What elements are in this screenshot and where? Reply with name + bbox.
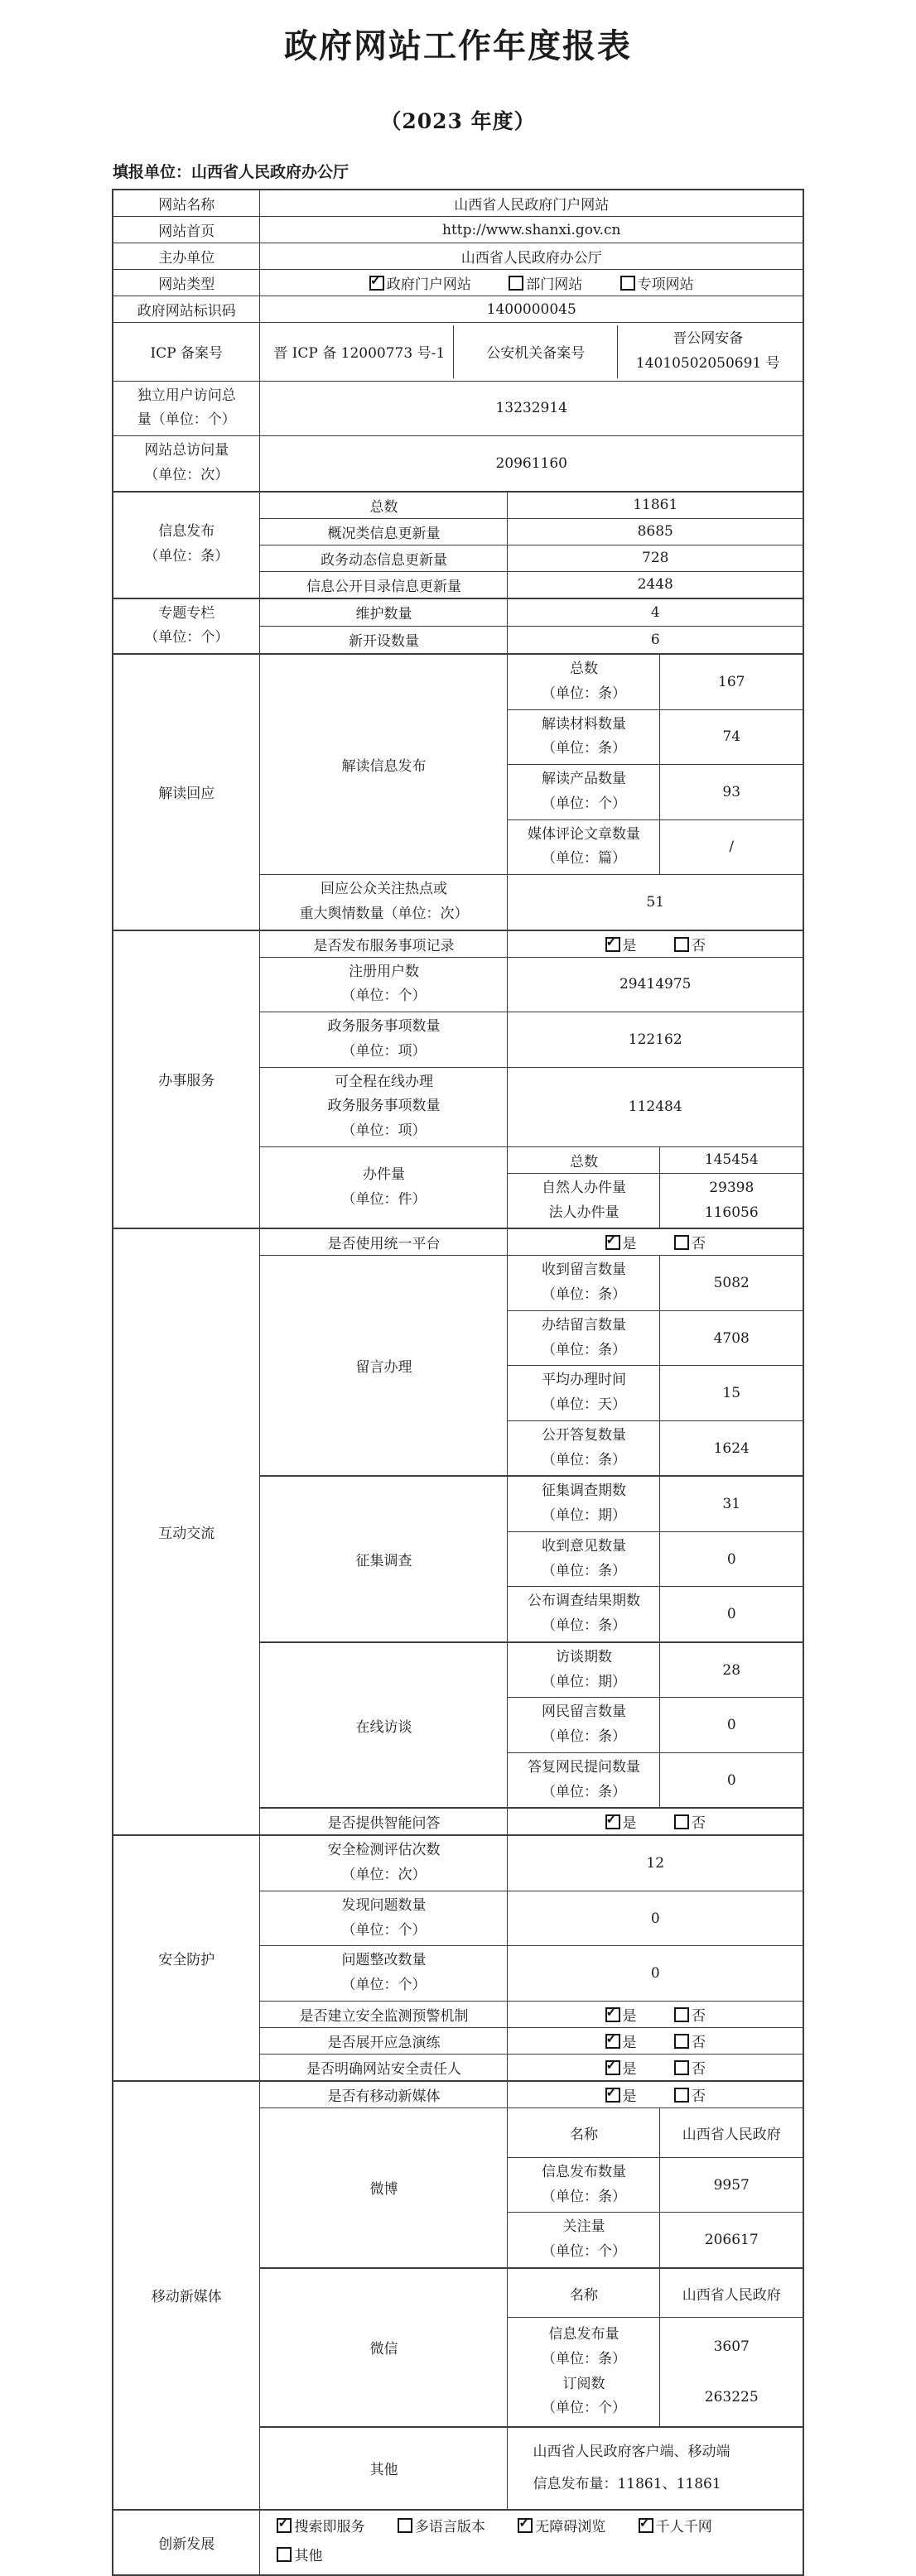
label-cell: 名称 — [508, 2107, 660, 2157]
option-yes: 是 — [605, 2031, 637, 2051]
yes-no-cell: 是 否 — [508, 2027, 803, 2054]
section-security: 安全防护 — [113, 1835, 260, 2081]
label-cell: 征集调查期数 （单位：期） — [508, 1476, 660, 1531]
option-multilingual: 多语言版本 — [398, 2513, 485, 2543]
organizer-value: 山西省人民政府办公厅 — [260, 243, 803, 270]
checkbox-icon — [639, 2518, 653, 2533]
option-yes: 是 — [605, 2084, 637, 2105]
site-code-label: 政府网站标识码 — [113, 296, 260, 323]
option-label: 是 — [623, 2088, 637, 2105]
label-cell: 新开设数量 — [260, 626, 508, 654]
option-no: 否 — [674, 1811, 706, 1832]
value-cell: 29414975 — [508, 957, 803, 1012]
value-cell: 15 — [660, 1366, 803, 1421]
label-cell: 办结留言数量 （单位：条） — [508, 1310, 660, 1366]
label-cell: 是否提供智能问答 — [260, 1808, 508, 1835]
icp-row: 晋 ICP 备 12000773 号-1 公安机关备案号 晋公网安备 14010… — [260, 323, 803, 382]
checkbox-icon — [518, 2518, 533, 2533]
option-label: 否 — [692, 2008, 706, 2025]
option-label: 是 — [623, 938, 637, 954]
label-cell: 答复网民提问数量 （单位：条） — [508, 1752, 660, 1808]
value-cell: 11861 — [508, 492, 803, 519]
option-label: 是 — [623, 2061, 637, 2078]
yes-no-cell: 是 否 — [508, 1228, 803, 1256]
value-cell: 122162 — [508, 1012, 803, 1068]
label-cell: 是否使用统一平台 — [260, 1228, 508, 1256]
wechat-sub-value: 263225 — [705, 2389, 759, 2405]
value-cell: 206617 — [660, 2213, 803, 2268]
yes-no-cell: 是 否 — [508, 2081, 803, 2108]
value-cell: 0 — [660, 1587, 803, 1642]
label-cell: 维护数量 — [260, 598, 508, 627]
option-label: 无障碍浏览 — [535, 2519, 605, 2535]
label-cell: 解读产品数量 （单位：个） — [508, 765, 660, 820]
value-cell: 12 — [508, 1835, 803, 1891]
value-cell: 74 — [660, 709, 803, 765]
total-visits-label: 网站总访问量 （单位：次） — [113, 436, 260, 492]
wechat-combo-values: 3607 263225 — [660, 2318, 803, 2427]
label-cell: 关注量 （单位：个） — [508, 2213, 660, 2268]
option-label: 是 — [623, 2035, 637, 2051]
value-cell: 8685 — [508, 518, 803, 545]
label-cell: 可全程在线办理 政务服务事项数量 （单位：项） — [260, 1067, 508, 1146]
police-record-value: 晋公网安备 14010502050691 号 — [617, 325, 798, 378]
checkbox-icon — [398, 2518, 412, 2533]
site-name-value: 山西省人民政府门户网站 — [260, 190, 803, 217]
wechat-pub-value: 3607 — [714, 2338, 750, 2355]
label-cell: 是否发布服务事项记录 — [260, 930, 508, 958]
option-yes: 是 — [605, 2004, 637, 2025]
value-cell: 0 — [508, 1891, 803, 1946]
option-other: 其他 — [277, 2542, 322, 2572]
checkbox-icon — [620, 276, 635, 291]
interview-group-label: 在线访谈 — [260, 1642, 508, 1809]
site-type-label: 网站类型 — [113, 270, 260, 296]
checkbox-icon — [369, 276, 384, 291]
label-cell: 安全检测评估次数 （单位：次） — [260, 1835, 508, 1891]
label-cell: 是否有移动新媒体 — [260, 2081, 508, 2108]
unique-visitors-label: 独立用户访问总 量（单位：个） — [113, 381, 260, 436]
value-cell: / — [660, 819, 803, 875]
label-cell: 收到意见数量 （单位：条） — [508, 1531, 660, 1587]
value-cell: 167 — [660, 654, 803, 709]
option-search-service: 搜索即服务 — [277, 2513, 364, 2543]
option-no: 否 — [674, 1232, 706, 1252]
checkbox-icon — [674, 2034, 689, 2049]
section-innovation: 创新发展 — [113, 2510, 260, 2575]
option-label: 搜索即服务 — [294, 2519, 364, 2535]
option-yes: 是 — [605, 1232, 637, 1252]
value-cell: 0 — [660, 1752, 803, 1808]
checkbox-icon — [277, 2518, 292, 2533]
total-visits-value: 20961160 — [260, 436, 803, 492]
option-no: 否 — [674, 2031, 706, 2051]
value-cell: 0 — [660, 1531, 803, 1587]
option-department: 部门网站 — [509, 272, 582, 293]
police-record-label: 公安机关备案号 — [453, 325, 618, 378]
label-cell: 收到留言数量 （单位：条） — [508, 1256, 660, 1311]
report-sheet: 政府网站工作年度报表 （2023 年度） 填报单位：山西省人民政府办公厅 网站名… — [0, 0, 916, 2576]
option-label: 是 — [623, 1815, 637, 1832]
survey-group-label: 征集调查 — [260, 1476, 508, 1642]
option-label: 是 — [623, 2008, 637, 2025]
option-yes: 是 — [605, 2057, 637, 2078]
label-cell: 信息发布数量 （单位：条） — [508, 2157, 660, 2213]
label-cell: 注册用户数 （单位：个） — [260, 957, 508, 1012]
page-subtitle: （2023 年度） — [0, 105, 916, 135]
cases-detail-value: 29398 116056 — [660, 1173, 803, 1228]
checkbox-icon — [674, 1814, 689, 1829]
value-cell: 145454 — [660, 1146, 803, 1173]
option-label: 否 — [692, 938, 706, 954]
label-cell: 名称 — [508, 2268, 660, 2318]
yes-no-cell: 是 否 — [508, 2001, 803, 2027]
value-cell: 0 — [660, 1698, 803, 1753]
label-cell: 发现问题数量 （单位：个） — [260, 1891, 508, 1946]
option-label: 千人千网 — [656, 2519, 712, 2535]
label-cell: 概况类信息更新量 — [260, 518, 508, 545]
option-no: 否 — [674, 934, 706, 954]
checkbox-icon — [605, 2088, 620, 2103]
option-personalized: 千人千网 — [639, 2513, 712, 2543]
value-cell: 93 — [660, 765, 803, 820]
label-cell: 是否展开应急演练 — [260, 2027, 508, 2054]
checkbox-icon — [605, 2034, 620, 2049]
value-cell: 1624 — [660, 1420, 803, 1476]
respond-value: 51 — [508, 875, 803, 930]
homepage-url: http://www.shanxi.gov.cn — [260, 217, 803, 243]
homepage-label: 网站首页 — [113, 217, 260, 243]
option-label: 是 — [623, 1236, 637, 1252]
checkbox-icon — [605, 937, 620, 952]
checkbox-icon — [674, 1235, 689, 1250]
section-topics: 专题专栏 （单位：个） — [113, 598, 260, 655]
checkbox-icon — [674, 2088, 689, 2103]
wechat-combo-label: 信息发布量 （单位：条） 订阅数 （单位：个） — [508, 2318, 660, 2427]
option-special: 专项网站 — [620, 272, 694, 293]
icp-label: ICP 备案号 — [113, 323, 260, 382]
checkbox-icon — [605, 2060, 620, 2075]
label-cell: 总数 （单位：条） — [508, 654, 660, 709]
page-title: 政府网站工作年度报表 — [0, 0, 916, 67]
innovation-options: 搜索即服务 多语言版本 无障碍浏览 千人千网 其他 — [260, 2510, 803, 2575]
label-cell: 总数 — [260, 492, 508, 519]
label-cell: 平均办理时间 （单位：天） — [508, 1366, 660, 1421]
label-cell: 政务动态信息更新量 — [260, 545, 508, 571]
wechat-group-label: 微信 — [260, 2268, 508, 2427]
yes-no-cell: 是 否 — [508, 1808, 803, 1835]
organizer-label: 主办单位 — [113, 243, 260, 270]
yes-no-cell: 是 否 — [508, 2054, 803, 2081]
value-cell: 6 — [508, 626, 803, 654]
label-cell: 访谈期数 （单位：期） — [508, 1642, 660, 1698]
option-label: 其他 — [294, 2548, 322, 2564]
label-cell: 总数 — [508, 1146, 660, 1173]
option-label: 否 — [692, 1815, 706, 1832]
option-no: 否 — [674, 2004, 706, 2025]
icp-flex: 晋 ICP 备 12000773 号-1 公安机关备案号 晋公网安备 14010… — [265, 325, 798, 378]
checkbox-icon — [605, 1235, 620, 1250]
other-media-value: 山西省人民政府客户端、移动端 信息发布量：11861、11861 — [508, 2427, 803, 2510]
option-label: 部门网站 — [526, 276, 582, 293]
option-no: 否 — [674, 2084, 706, 2105]
value-cell: 728 — [508, 545, 803, 571]
interpret-pub-label: 解读信息发布 — [260, 654, 508, 875]
option-label: 专项网站 — [638, 276, 694, 293]
value-cell: 0 — [508, 1946, 803, 2002]
section-info-pub: 信息发布 （单位：条） — [113, 492, 260, 598]
stacked-values: 3607 263225 — [665, 2322, 798, 2423]
option-portal: 政府门户网站 — [369, 272, 471, 293]
checkbox-icon — [674, 2007, 689, 2022]
label-cell: 网民留言数量 （单位：条） — [508, 1698, 660, 1753]
filer-unit: 填报单位：山西省人民政府办公厅 — [113, 160, 803, 182]
unique-visitors-value: 13232914 — [260, 381, 803, 436]
label-cell: 信息公开目录信息更新量 — [260, 571, 508, 598]
weibo-group-label: 微博 — [260, 2107, 508, 2268]
value-cell: 4 — [508, 598, 803, 627]
option-label: 多语言版本 — [415, 2519, 485, 2535]
checkbox-icon — [605, 2007, 620, 2022]
value-cell: 112484 — [508, 1067, 803, 1146]
site-code-value: 1400000045 — [260, 296, 803, 323]
yes-no-cell: 是 否 — [508, 930, 803, 958]
value-cell: 28 — [660, 1642, 803, 1698]
option-accessibility: 无障碍浏览 — [518, 2513, 605, 2543]
option-label: 否 — [692, 2088, 706, 2105]
option-label: 否 — [692, 1236, 706, 1252]
section-new-media: 移动新媒体 — [113, 2081, 260, 2510]
site-name-label: 网站名称 — [113, 190, 260, 217]
cases-label: 办件量 （单位：件） — [260, 1146, 508, 1228]
option-label: 政府门户网站 — [387, 276, 471, 293]
section-interaction: 互动交流 — [113, 1228, 260, 1835]
checkbox-icon — [509, 276, 523, 291]
label-cell: 是否建立安全监测预警机制 — [260, 2001, 508, 2027]
label-cell: 是否明确网站安全责任人 — [260, 2054, 508, 2081]
value-cell: 9957 — [660, 2157, 803, 2213]
label-cell: 解读材料数量 （单位：条） — [508, 709, 660, 765]
section-interpret: 解读回应 — [113, 654, 260, 930]
site-type-options: 政府门户网站 部门网站 专项网站 — [260, 270, 803, 296]
checkbox-icon — [674, 2060, 689, 2075]
label-cell: 公开答复数量 （单位：条） — [508, 1420, 660, 1476]
option-label: 否 — [692, 2035, 706, 2051]
icp-value: 晋 ICP 备 12000773 号-1 — [265, 325, 452, 378]
value-cell: 山西省人民政府 — [660, 2107, 803, 2157]
checkbox-icon — [277, 2547, 292, 2562]
option-yes: 是 — [605, 934, 637, 954]
value-cell: 5082 — [660, 1256, 803, 1311]
option-no: 否 — [674, 2057, 706, 2078]
cases-detail-label: 自然人办件量 法人办件量 — [508, 1173, 660, 1228]
other-media-label: 其他 — [260, 2427, 508, 2510]
value-cell: 2448 — [508, 571, 803, 598]
annual-report-table: 网站名称 山西省人民政府门户网站 网站首页 http://www.shanxi.… — [112, 189, 804, 2576]
section-service: 办事服务 — [113, 930, 260, 1229]
label-cell: 政务服务事项数量 （单位：项） — [260, 1012, 508, 1068]
value-cell: 山西省人民政府 — [660, 2268, 803, 2318]
message-group-label: 留言办理 — [260, 1256, 508, 1477]
label-cell: 问题整改数量 （单位：个） — [260, 1946, 508, 2002]
value-cell: 4708 — [660, 1310, 803, 1366]
checkbox-icon — [605, 1814, 620, 1829]
option-yes: 是 — [605, 1811, 637, 1832]
option-label: 否 — [692, 2061, 706, 2078]
respond-label: 回应公众关注热点或 重大舆情数量（单位：次） — [260, 875, 508, 930]
label-cell: 媒体评论文章数量 （单位：篇） — [508, 819, 660, 875]
value-cell: 31 — [660, 1476, 803, 1531]
checkbox-icon — [674, 937, 689, 952]
label-cell: 公布调查结果期数 （单位：条） — [508, 1587, 660, 1642]
